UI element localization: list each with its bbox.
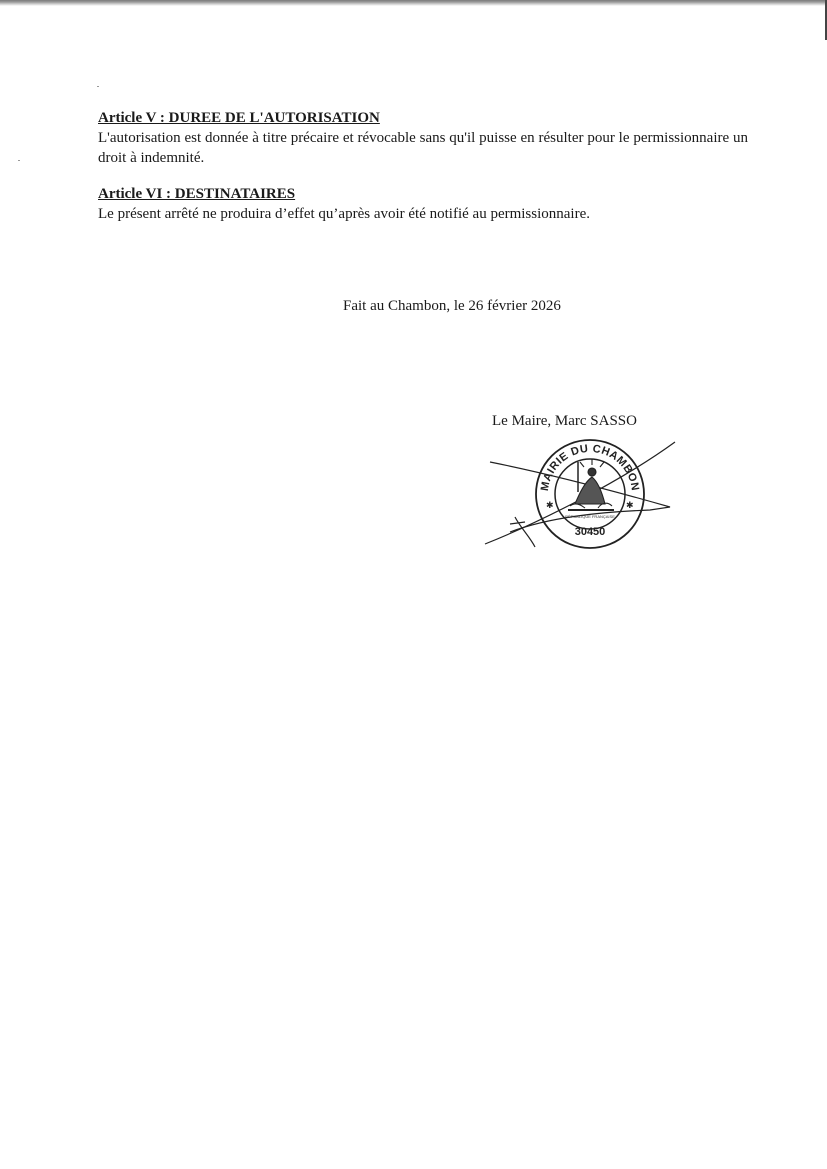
place-and-date: Fait au Chambon, le 26 février 2026 [343,298,561,315]
article-5-body: L'autorisation est donnée à titre précai… [98,128,748,168]
scan-speck [18,160,20,161]
official-stamp: RÉPUBLIQUE FRANÇAISE MAIRIE DU CHAMBON ✱… [480,432,680,552]
svg-text:RÉPUBLIQUE FRANÇAISE: RÉPUBLIQUE FRANÇAISE [565,514,615,519]
signatory-name: Le Maire, Marc SASSO [492,413,637,430]
article-5: Article V : DUREE DE L'AUTORISATION L'au… [98,108,748,168]
scan-edge-top [0,0,827,6]
article-6: Article VI : DESTINATAIRES Le présent ar… [98,184,748,224]
article-6-heading: Article VI : DESTINATAIRES [98,184,295,204]
scan-speck [97,86,99,87]
stamp-star-left: ✱ [546,501,554,511]
stamp-star-right: ✱ [626,501,634,511]
article-6-body: Le présent arrêté ne produira d’effet qu… [98,204,748,224]
article-5-heading: Article V : DUREE DE L'AUTORISATION [98,108,380,128]
stamp-postcode: 30450 [575,526,606,538]
